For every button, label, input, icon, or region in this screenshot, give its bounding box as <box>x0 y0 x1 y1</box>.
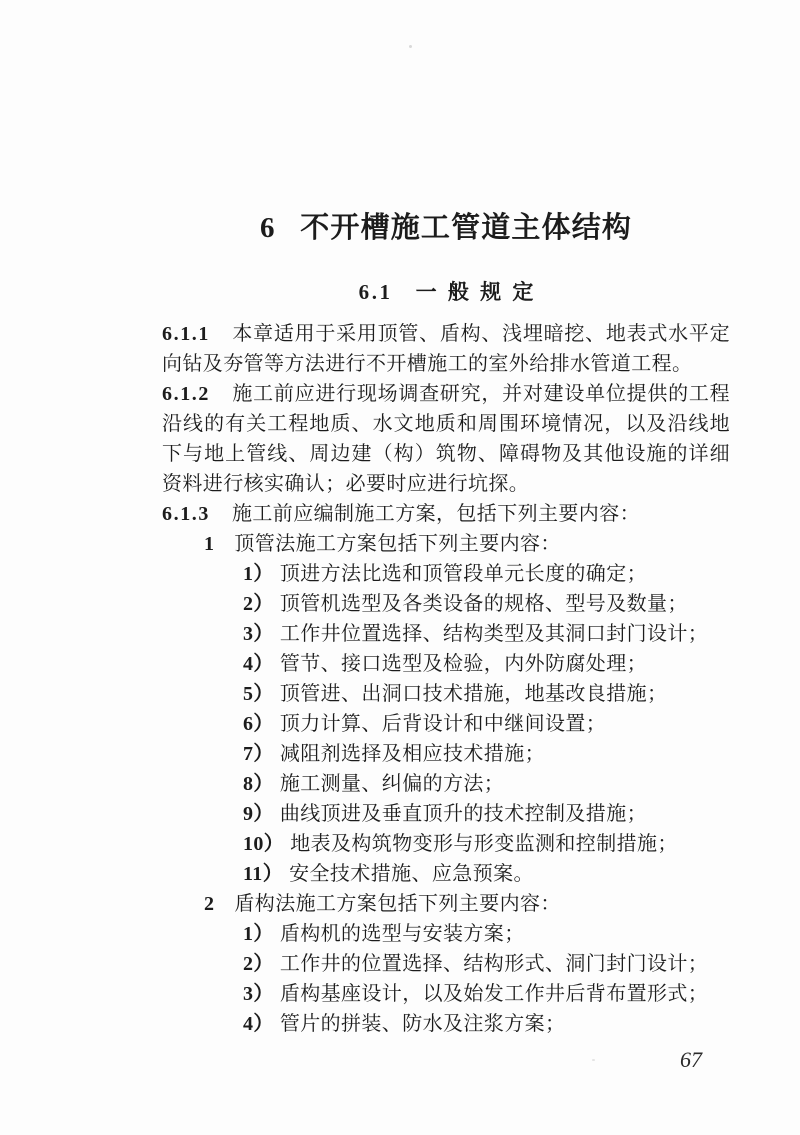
chapter-title: 不开槽施工管道主体结构 <box>300 212 632 244</box>
chapter-heading: 6不开槽施工管道主体结构 <box>162 214 730 243</box>
item-text: 减阻剂选择及相应技术措施； <box>280 743 545 765</box>
item-text: 顶管进、出洞口技术措施，地基改良措施； <box>280 683 668 705</box>
item-number: 3） <box>243 983 274 1005</box>
item-number: 2） <box>243 953 274 975</box>
list-2-item-2: 2）工作井的位置选择、结构形式、洞门封门设计； <box>162 949 730 979</box>
list-1-item-3: 3）工作井位置选择、结构类型及其洞口封门设计； <box>162 619 730 649</box>
item-number: 9） <box>243 803 274 825</box>
item-text: 顶管机选型及各类设备的规格、型号及数量； <box>280 593 688 615</box>
section-number: 6.1 <box>359 280 393 304</box>
list-1-item-1: 1）顶进方法比选和顶管段单元长度的确定； <box>162 559 730 589</box>
list-1-item-2: 2）顶管机选型及各类设备的规格、型号及数量； <box>162 589 730 619</box>
item-text: 地表及构筑物变形与形变监测和控制措施； <box>290 833 678 855</box>
scan-speck <box>592 1059 595 1061</box>
list-2-item-4: 4）管片的拼装、防水及注浆方案； <box>162 1009 730 1039</box>
clause-6-1-2: 6.1.2施工前应进行现场调查研究，并对建设单位提供的工程沿线的有关工程地质、水… <box>162 379 730 499</box>
list-1-item-8: 8）施工测量、纠偏的方法； <box>162 769 730 799</box>
list-1-item-6: 6）顶力计算、后背设计和中继间设置； <box>162 709 730 739</box>
section-heading: 6.1一 般 规 定 <box>162 282 730 303</box>
item-number: 1） <box>243 923 274 945</box>
item-text: 顶进方法比选和顶管段单元长度的确定； <box>280 563 647 585</box>
item-text: 工作井位置选择、结构类型及其洞口封门设计； <box>280 623 708 645</box>
item-text: 安全技术措施、应急预案。 <box>289 863 534 885</box>
list-1-item-9: 9）曲线顶进及垂直顶升的技术控制及措施； <box>162 799 730 829</box>
item-number: 4） <box>243 1013 274 1035</box>
clause-text: 本章适用于采用顶管、盾构、浅埋暗挖、地表式水平定向钻及夯管等方法进行不开槽施工的… <box>162 323 730 375</box>
list-1-item-11: 11）安全技术措施、应急预案。 <box>162 859 730 889</box>
clause-text: 施工前应编制施工方案，包括下列主要内容： <box>232 503 640 525</box>
list-2-item-3: 3）盾构基座设计，以及始发工作井后背布置形式； <box>162 979 730 1009</box>
item-text: 管片的拼装、防水及注浆方案； <box>280 1013 566 1035</box>
clause-number: 6.1.1 <box>162 323 210 345</box>
item-number: 10） <box>243 833 284 855</box>
list-1-item-7: 7）减阻剂选择及相应技术措施； <box>162 739 730 769</box>
chapter-number: 6 <box>260 212 276 244</box>
item-number: 7） <box>243 743 274 765</box>
list-number: 1 <box>204 533 214 555</box>
item-text: 曲线顶进及垂直顶升的技术控制及措施； <box>280 803 647 825</box>
list-1-item-5: 5）顶管进、出洞口技术措施，地基改良措施； <box>162 679 730 709</box>
document-page: 6不开槽施工管道主体结构 6.1一 般 规 定 6.1.1本章适用于采用顶管、盾… <box>0 0 800 1135</box>
item-number: 8） <box>243 773 274 795</box>
item-number: 6） <box>243 713 274 735</box>
item-number: 1） <box>243 563 274 585</box>
clause-number: 6.1.3 <box>162 503 210 525</box>
clause-text: 施工前应进行现场调查研究，并对建设单位提供的工程沿线的有关工程地质、水文地质和周… <box>162 383 730 495</box>
list-number: 2 <box>204 893 214 915</box>
list-1-item-10: 10）地表及构筑物变形与形变监测和控制措施； <box>162 829 730 859</box>
item-text: 工作井的位置选择、结构形式、洞门封门设计； <box>280 953 708 975</box>
page-number: 67 <box>680 1048 702 1072</box>
list-text: 盾构法施工方案包括下列主要内容： <box>234 893 560 915</box>
clause-6-1-1: 6.1.1本章适用于采用顶管、盾构、浅埋暗挖、地表式水平定向钻及夯管等方法进行不… <box>162 319 730 379</box>
list-2-heading: 2盾构法施工方案包括下列主要内容： <box>162 889 730 919</box>
clause-6-1-3: 6.1.3施工前应编制施工方案，包括下列主要内容： <box>162 499 730 529</box>
list-1-item-4: 4）管节、接口选型及检验，内外防腐处理； <box>162 649 730 679</box>
item-text: 盾构基座设计，以及始发工作井后背布置形式； <box>280 983 708 1005</box>
list-1-heading: 1顶管法施工方案包括下列主要内容： <box>162 529 730 559</box>
list-text: 顶管法施工方案包括下列主要内容： <box>234 533 560 555</box>
item-number: 3） <box>243 623 274 645</box>
item-number: 2） <box>243 593 274 615</box>
item-text: 盾构机的选型与安装方案； <box>280 923 525 945</box>
item-text: 施工测量、纠偏的方法； <box>280 773 504 795</box>
item-number: 5） <box>243 683 274 705</box>
item-number: 11） <box>243 863 283 885</box>
page-content: 6不开槽施工管道主体结构 6.1一 般 规 定 6.1.1本章适用于采用顶管、盾… <box>162 0 730 1039</box>
item-text: 顶力计算、后背设计和中继间设置； <box>280 713 606 735</box>
item-number: 4） <box>243 653 274 675</box>
clause-number: 6.1.2 <box>162 383 210 405</box>
list-2-item-1: 1）盾构机的选型与安装方案； <box>162 919 730 949</box>
item-text: 管节、接口选型及检验，内外防腐处理； <box>280 653 647 675</box>
section-title: 一 般 规 定 <box>416 280 534 304</box>
